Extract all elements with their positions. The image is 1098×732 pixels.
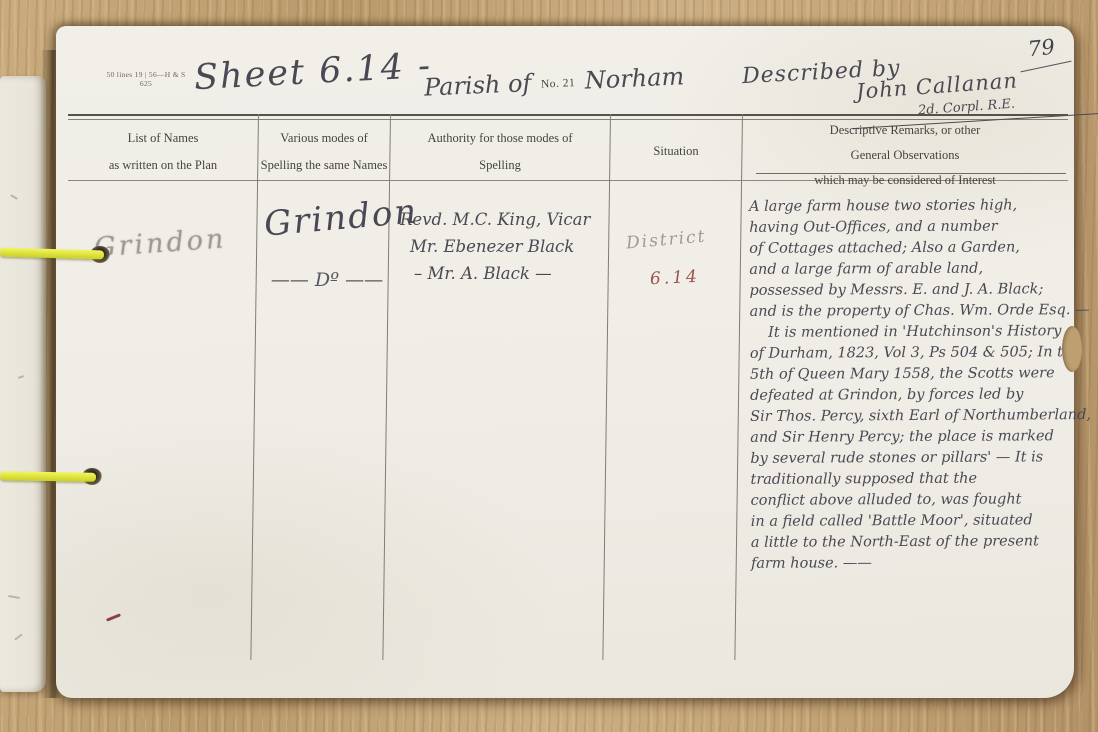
column-divider	[602, 114, 611, 660]
entry-name-handwriting: Grindon	[263, 191, 420, 244]
page-edge-mark	[8, 595, 20, 599]
column-header-modes-of-spelling: Various modes ofSpelling the same Names	[258, 125, 390, 179]
remark-line: 5th of Queen Mary 1558, the Scotts were	[750, 363, 1070, 386]
column-header-line: Descriptive Remarks, or other	[742, 118, 1068, 143]
page-edge-chip	[1062, 326, 1082, 372]
situation-sheet-reference: 6.14	[650, 267, 701, 290]
remark-line: and a large farm of arable land,	[749, 258, 1069, 281]
column-header-line: Various modes of	[258, 125, 390, 152]
table-top-rule	[68, 114, 1068, 116]
red-ink-smudge	[106, 613, 121, 621]
entry-ditto-mark: —— Dº ——	[262, 269, 392, 291]
page-edge-mark	[14, 634, 23, 641]
page-edge-mark	[10, 194, 18, 200]
column-header-line: Spelling	[390, 152, 610, 179]
authority-names: Revd. M.C. King, VicarMr. Ebenezer Black…	[400, 206, 636, 287]
remark-line: A large farm house two stories high,	[749, 195, 1069, 218]
remark-line: defeated at Grindon, by forces led by	[750, 384, 1070, 407]
folio-number: 79	[1027, 35, 1056, 62]
column-header-line: General Observations	[742, 143, 1068, 168]
imprint-line: 50 lines 19 | 56—H & S	[96, 70, 196, 79]
column-header-authority: Authority for those modes ofSpelling	[390, 125, 610, 179]
binding-cord-bottom	[0, 471, 96, 482]
column-header-line: Spelling the same Names	[258, 152, 390, 179]
column-header-line: List of Names	[68, 125, 258, 152]
descriptive-remarks-handwriting: A large farm house two stories high,havi…	[749, 195, 1071, 575]
column-header-descriptive-remarks: Descriptive Remarks, or otherGeneral Obs…	[742, 118, 1068, 193]
column-header-line: as written on the Plan	[68, 152, 258, 179]
sheet-number-handwriting: Sheet 6.14 -	[193, 46, 433, 98]
photo-of-name-book-on-table: 50 lines 19 | 56—H & S 625 Sheet 6.14 - …	[0, 0, 1098, 732]
parish-heading: Parish of No. 21 Norham	[424, 62, 685, 101]
column-divider	[250, 114, 259, 660]
column-header-situation: Situation	[610, 138, 742, 165]
remark-line: conflict above alluded to, was fought	[751, 489, 1071, 512]
imprint-line: 625	[96, 79, 196, 88]
remark-line: and is the property of Chas. Wm. Orde Es…	[750, 300, 1070, 323]
remark-line: by several rude stones or pillars' — It …	[750, 447, 1070, 470]
parish-name-handwriting: Norham	[584, 62, 685, 94]
column-divider	[734, 114, 743, 660]
remark-line: a little to the North-East of the presen…	[751, 531, 1071, 554]
column-header-line: Authority for those modes of	[390, 125, 610, 152]
name-book-page: 50 lines 19 | 56—H & S 625 Sheet 6.14 - …	[56, 26, 1074, 698]
remark-line: possessed by Messrs. E. and J. A. Black;	[749, 279, 1069, 302]
parish-number-printed: No. 21	[541, 77, 576, 90]
column-header-line: Situation	[610, 138, 742, 165]
printers-imprint: 50 lines 19 | 56—H & S 625	[96, 70, 196, 88]
remark-line: of Durham, 1823, Vol 3, Ps 504 & 505; In…	[750, 342, 1070, 365]
page-edge-mark	[18, 375, 24, 379]
authority-name: Revd. M.C. King, Vicar	[400, 206, 636, 233]
folio-underline	[1020, 61, 1071, 73]
remark-line: of Cottages attached; Also a Garden,	[749, 237, 1069, 260]
remark-line: Sir Thos. Percy, sixth Earl of Northumbe…	[750, 405, 1070, 428]
remark-line: farm house. ——	[751, 552, 1071, 575]
authority-name: – Mr. A. Black —	[400, 260, 636, 287]
plan-name-ink-showthrough: Grindon	[93, 223, 227, 263]
column-header-list-of-names: List of Namesas written on the Plan	[68, 125, 258, 179]
column-header-line: which may be considered of Interest	[742, 168, 1068, 193]
situation-pencil-note: District	[625, 227, 707, 254]
remark-line: traditionally supposed that the	[750, 468, 1070, 491]
remark-line: and Sir Henry Percy; the place is marked	[750, 426, 1070, 449]
remark-line: It is mentioned in 'Hutchinson's History	[750, 321, 1070, 344]
authority-name: Mr. Ebenezer Black	[400, 233, 636, 260]
remark-line: in a field called 'Battle Moor', situate…	[751, 510, 1071, 533]
remark-line: having Out-Offices, and a number	[749, 216, 1069, 239]
parish-label-handwriting: Parish of	[424, 69, 532, 102]
